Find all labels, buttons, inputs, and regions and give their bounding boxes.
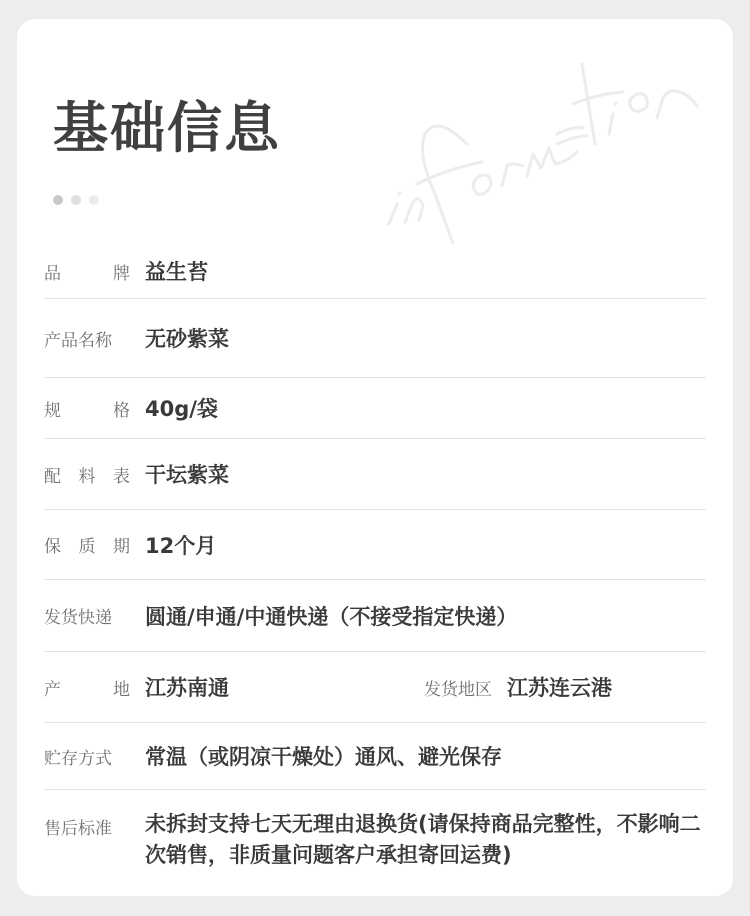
row-spec: 规 格 40g/袋	[44, 378, 706, 439]
page-title: 基础信息	[53, 101, 281, 156]
row-shelf-life: 保 质 期 12个月	[44, 510, 706, 580]
information-watermark	[377, 44, 707, 244]
label-courier: 发货快递	[44, 603, 130, 628]
value-spec: 40g/袋	[145, 393, 218, 423]
value-brand: 益生苔	[145, 256, 208, 286]
dot-2	[71, 195, 81, 205]
value-ship-region: 江苏连云港	[507, 672, 612, 702]
value-courier: 圆通/申通/中通快递（不接受指定快递）	[145, 601, 517, 631]
info-card: 基础信息 品 牌 益生苔	[17, 19, 733, 896]
value-storage: 常温（或阴凉干燥处）通风、避光保存	[145, 741, 502, 771]
pagination-dots	[53, 195, 99, 205]
row-courier: 发货快递 圆通/申通/中通快递（不接受指定快递）	[44, 580, 706, 652]
row-brand: 品 牌 益生苔	[44, 244, 706, 299]
label-spec: 规 格	[44, 396, 130, 421]
value-shelf-life: 12个月	[145, 530, 216, 560]
label-origin: 产 地	[44, 675, 130, 700]
value-product-name: 无砂紫菜	[145, 323, 229, 353]
label-after-sales: 售后标准	[44, 814, 130, 839]
value-ingredients: 干坛紫菜	[145, 459, 229, 489]
label-shelf-life: 保 质 期	[44, 532, 130, 557]
ship-region: 发货地区 江苏连云港	[424, 672, 612, 702]
row-storage: 贮存方式 常温（或阴凉干燥处）通风、避光保存	[44, 723, 706, 790]
row-product-name: 产品名称 无砂紫菜	[44, 299, 706, 378]
dot-1	[53, 195, 63, 205]
row-after-sales: 售后标准 未拆封支持七天无理由退换货(请保持商品完整性，不影响二次销售，非质量问…	[44, 809, 706, 879]
value-origin: 江苏南通	[145, 672, 229, 702]
label-ingredients: 配 料 表	[44, 462, 130, 487]
label-brand: 品 牌	[44, 259, 130, 284]
row-origin: 产 地 江苏南通 发货地区 江苏连云港	[44, 652, 706, 723]
value-after-sales: 未拆封支持七天无理由退换货(请保持商品完整性，不影响二次销售，非质量问题客户承担…	[145, 809, 706, 871]
label-product-name: 产品名称	[44, 326, 130, 351]
dot-3	[89, 195, 99, 205]
label-ship-region: 发货地区	[424, 675, 492, 700]
row-ingredients: 配 料 表 干坛紫菜	[44, 439, 706, 510]
label-storage: 贮存方式	[44, 744, 130, 769]
